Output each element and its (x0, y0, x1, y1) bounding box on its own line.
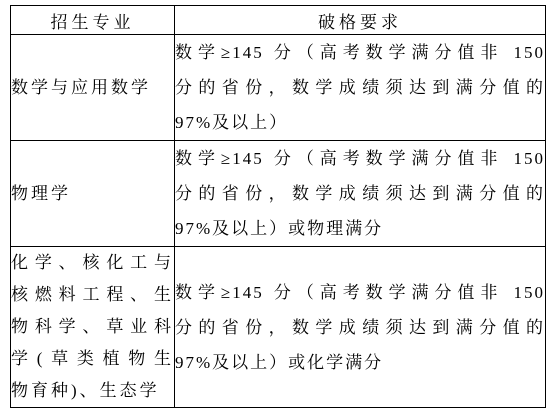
requirement-line: 分的省份，数学成绩须达到满分值的 (175, 70, 545, 105)
header-major-column: 招生专业 (11, 6, 175, 35)
table-row-physics: 物理学 数学≥145 分（高考数学满分值非 150 分的省份，数学成绩须达到满分… (11, 141, 546, 247)
requirement-cell-physics: 数学≥145 分（高考数学满分值非 150 分的省份，数学成绩须达到满分值的 9… (175, 141, 546, 247)
requirement-line: 97%及以上）或化学满分 (175, 345, 545, 380)
major-line: 物科学、草业科 (11, 311, 174, 343)
requirement-cell-chemistry-group: 数学≥145 分（高考数学满分值非 150 分的省份，数学成绩须达到满分值的 9… (175, 247, 546, 408)
requirement-line: 分的省份，数学成绩须达到满分值的 (175, 176, 545, 211)
table-row-math: 数学与应用数学 数学≥145 分（高考数学满分值非 150 分的省份，数学成绩须… (11, 35, 546, 141)
major-line: 核燃料工程、生 (11, 279, 174, 311)
requirement-line: 分的省份，数学成绩须达到满分值的 (175, 310, 545, 345)
requirement-line: 97%及以上）或物理满分 (175, 211, 545, 246)
requirement-line: 数学≥145 分（高考数学满分值非 150 (175, 35, 545, 70)
admission-requirements-table: 招生专业 破格要求 数学与应用数学 数学≥145 分（高考数学满分值非 150 … (10, 5, 546, 408)
major-text: 数学与应用数学 (11, 72, 174, 104)
major-cell-physics: 物理学 (11, 141, 175, 247)
major-line: 化学、核化工与 (11, 247, 174, 279)
major-line: 物育种)、生态学 (11, 375, 174, 407)
major-cell-chemistry-group: 化学、核化工与 核燃料工程、生 物科学、草业科 学(草类植物生 物育种)、生态学 (11, 247, 175, 408)
major-line: 学(草类植物生 (11, 343, 174, 375)
header-requirement-column: 破格要求 (175, 6, 546, 35)
requirement-cell-math: 数学≥145 分（高考数学满分值非 150 分的省份，数学成绩须达到满分值的 9… (175, 35, 546, 141)
table-header-row: 招生专业 破格要求 (11, 6, 546, 35)
requirement-line: 97%及以上） (175, 105, 545, 140)
table-row-chemistry-group: 化学、核化工与 核燃料工程、生 物科学、草业科 学(草类植物生 物育种)、生态学… (11, 247, 546, 408)
requirement-line: 数学≥145 分（高考数学满分值非 150 (175, 275, 545, 310)
major-cell-math: 数学与应用数学 (11, 35, 175, 141)
requirement-line: 数学≥145 分（高考数学满分值非 150 (175, 141, 545, 176)
major-text: 物理学 (11, 178, 174, 210)
